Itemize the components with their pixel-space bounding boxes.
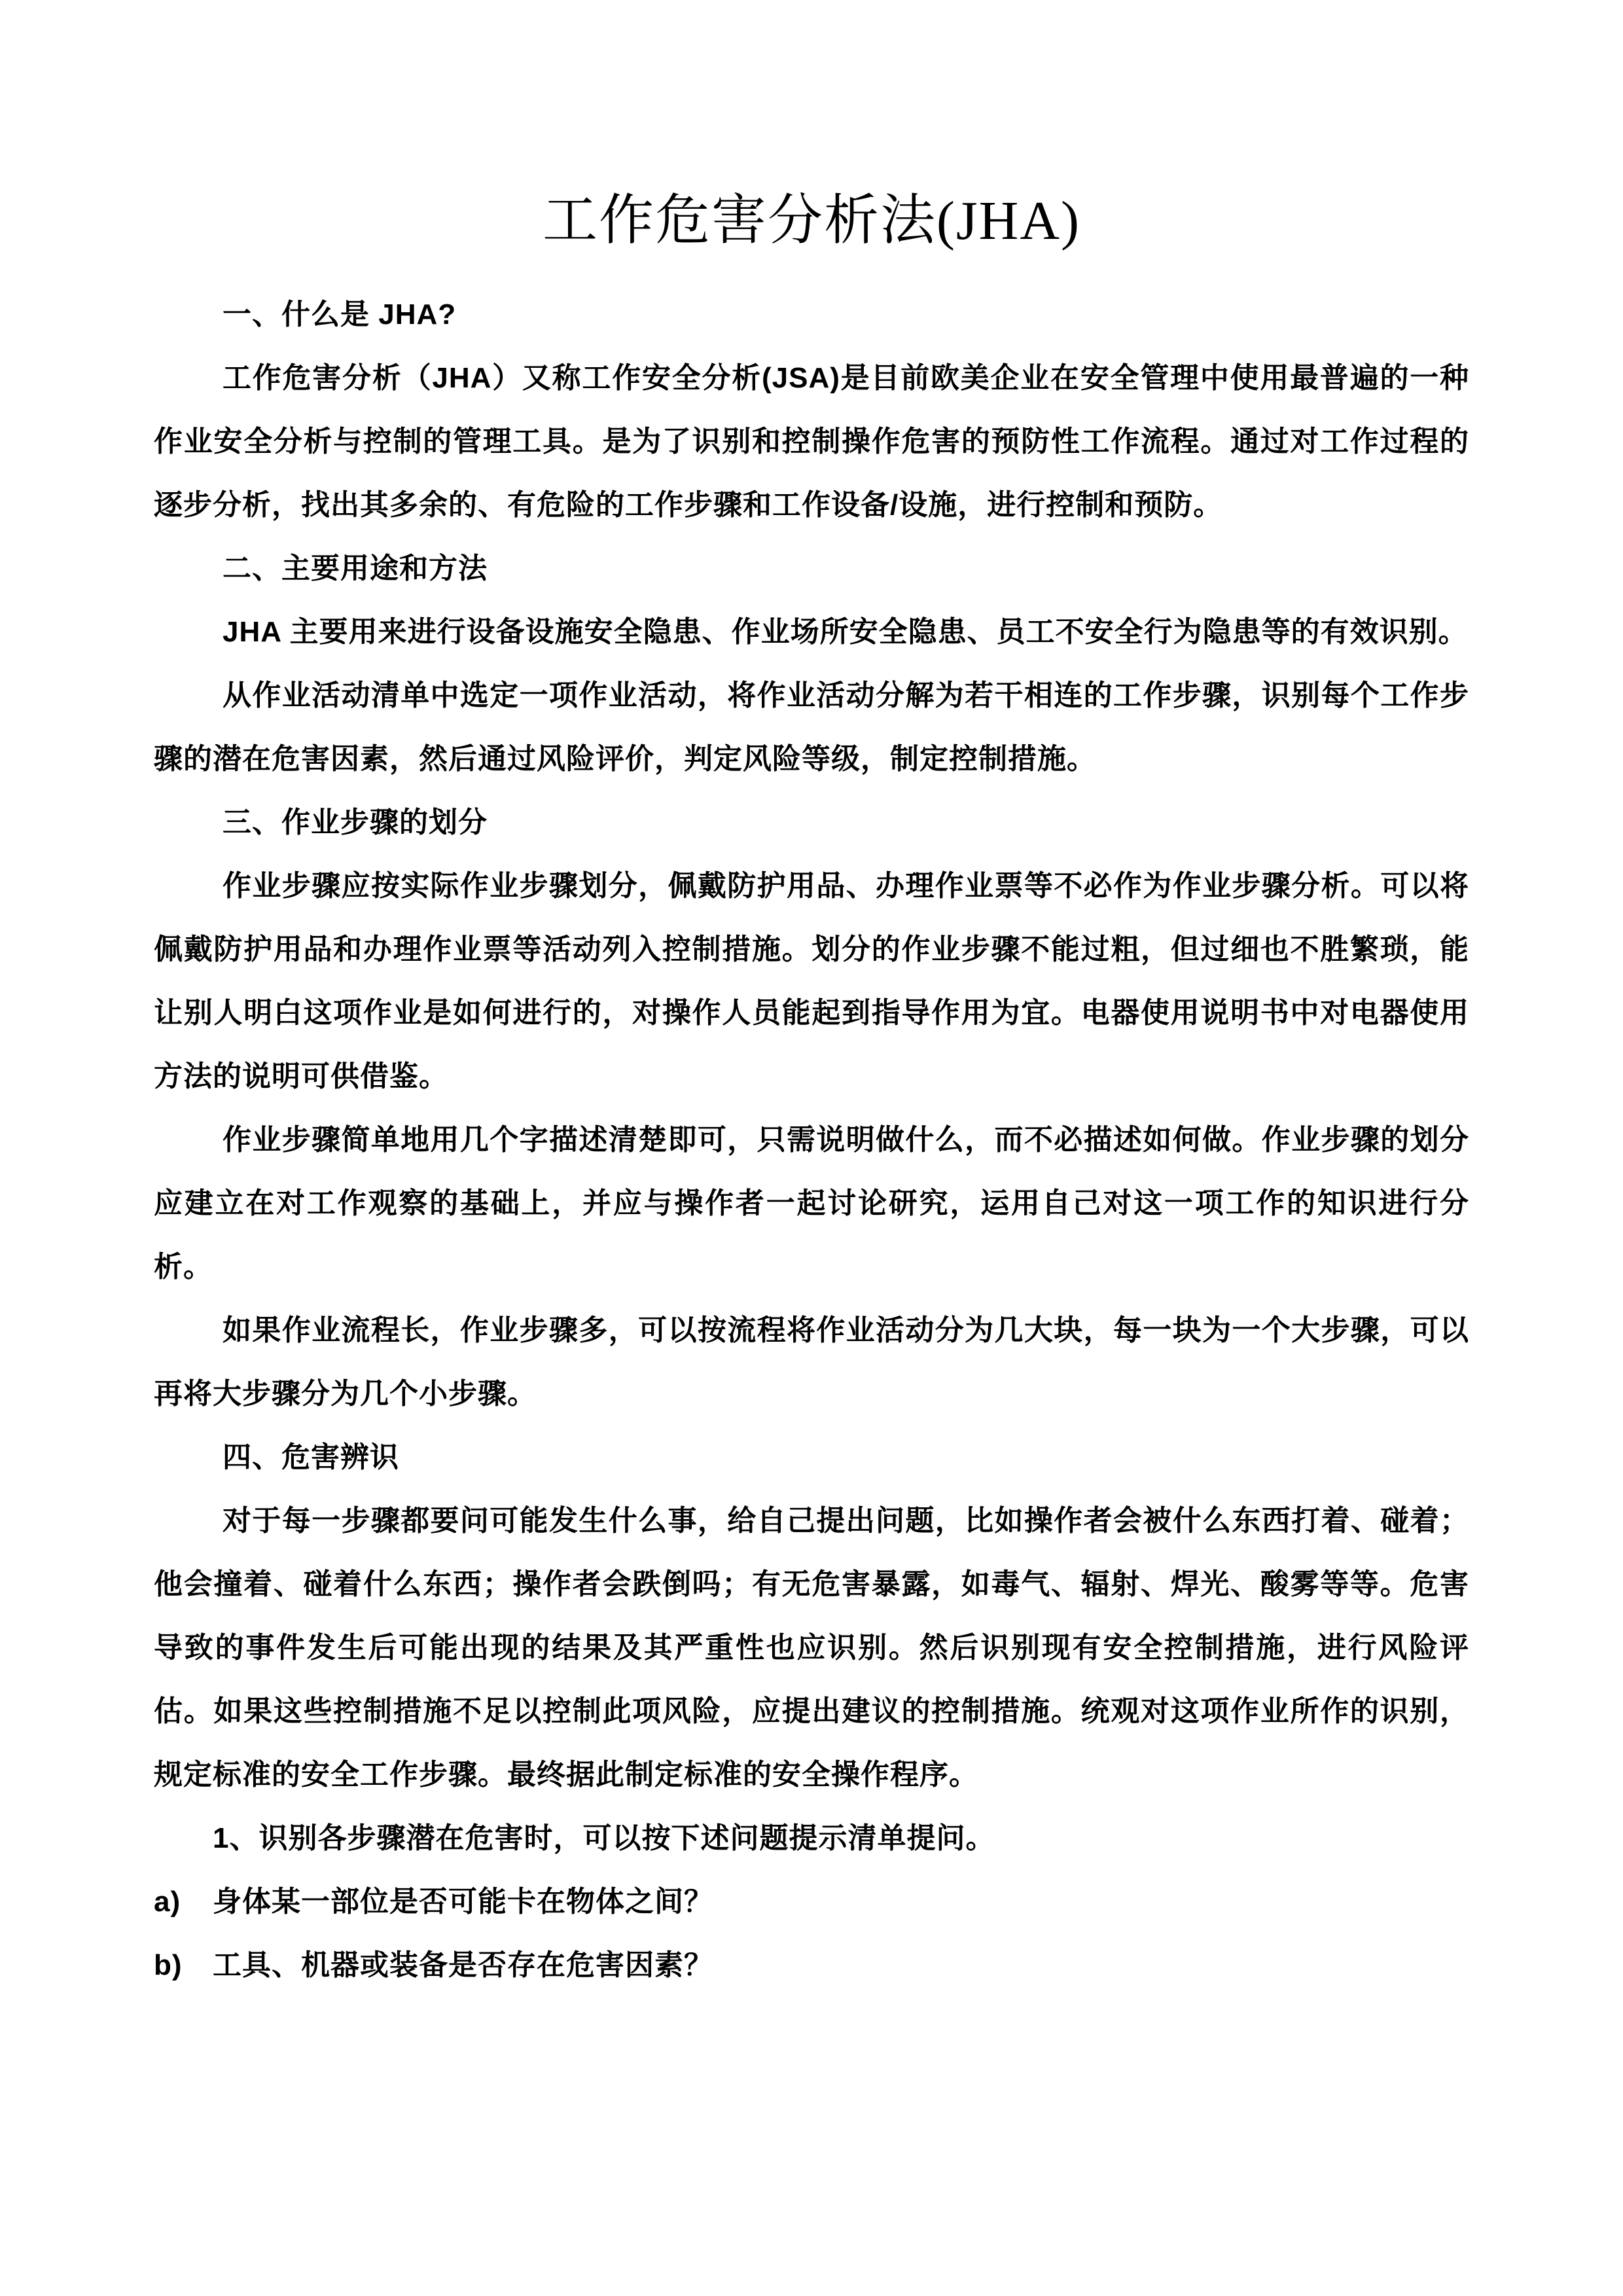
section-heading-3: 三、作业步骤的划分 bbox=[154, 791, 1469, 854]
body-paragraph: 对于每一步骤都要问可能发生什么事，给自己提出问题，比如操作者会被什么东西打着、碰… bbox=[154, 1489, 1469, 1806]
list-item-a: a)身体某一部位是否可能卡在物体之间？ bbox=[154, 1870, 1469, 1933]
body-paragraph: 作业步骤简单地用几个字描述清楚即可，只需说明做什么，而不必描述如何做。作业步骤的… bbox=[154, 1108, 1469, 1299]
body-paragraph: 从作业活动清单中选定一项作业活动，将作业活动分解为若干相连的工作步骤，识别每个工… bbox=[154, 664, 1469, 791]
document-body: 一、什么是 JHA? 工作危害分析（JHA）又称工作安全分析(JSA)是目前欧美… bbox=[0, 283, 1623, 1997]
list-item-b: b)工具、机器或装备是否存在危害因素？ bbox=[154, 1933, 1469, 1997]
body-paragraph: 作业步骤应按实际作业步骤划分，佩戴防护用品、办理作业票等不必作为作业步骤分析。可… bbox=[154, 854, 1469, 1108]
section-heading-4: 四、危害辨识 bbox=[154, 1426, 1469, 1489]
list-item-label: b) bbox=[154, 1933, 213, 1997]
document-page: 工作危害分析法(JHA) 一、什么是 JHA? 工作危害分析（JHA）又称工作安… bbox=[0, 0, 1623, 2296]
numbered-item-1: 1、识别各步骤潜在危害时，可以按下述问题提示清单提问。 bbox=[154, 1806, 1469, 1870]
page-title: 工作危害分析法(JHA) bbox=[0, 0, 1623, 260]
section-heading-2: 二、主要用途和方法 bbox=[154, 537, 1469, 600]
body-paragraph: JHA 主要用来进行设备设施安全隐患、作业场所安全隐患、员工不安全行为隐患等的有… bbox=[154, 600, 1469, 664]
list-item-label: a) bbox=[154, 1870, 213, 1933]
body-paragraph: 工作危害分析（JHA）又称工作安全分析(JSA)是目前欧美企业在安全管理中使用最… bbox=[154, 346, 1469, 537]
list-item-text: 工具、机器或装备是否存在危害因素？ bbox=[213, 1949, 713, 1981]
section-heading-1: 一、什么是 JHA? bbox=[154, 283, 1469, 346]
body-paragraph: 如果作业流程长，作业步骤多，可以按流程将作业活动分为几大块，每一块为一个大步骤，… bbox=[154, 1299, 1469, 1426]
list-item-text: 身体某一部位是否可能卡在物体之间？ bbox=[213, 1886, 713, 1918]
